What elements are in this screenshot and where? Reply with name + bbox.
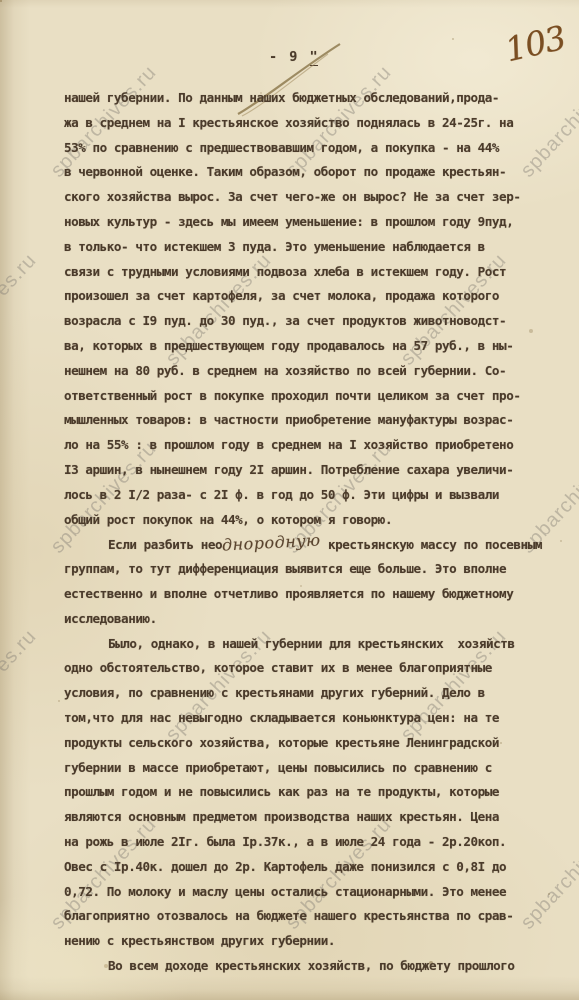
paragraph: нашей губернии. По данным наших бюджетны… xyxy=(64,86,534,532)
text-line: являются основным предметом производства… xyxy=(64,805,534,830)
typed-page-number: - 9 " xyxy=(269,49,318,65)
text-line: в только- что истекшем 3 пуда. Это умень… xyxy=(64,235,534,260)
text-line: ва, которых в предшествующем году продав… xyxy=(64,334,534,359)
text-line: прошлым годом и не повысились как раз на… xyxy=(64,780,534,805)
page-number-text: - 9 xyxy=(269,49,299,65)
text-line: возрасла с I9 пуд. до 30 пуд., за счет п… xyxy=(64,309,534,334)
text-line: Во всем доходе крестьянских хозяйств, по… xyxy=(64,954,534,979)
watermark-text: spbarchives.ru xyxy=(0,625,42,746)
text-line: ло на 55% : в прошлом году в среднем на … xyxy=(64,433,534,458)
text-line: ского хозяйства вырос. За счет чего-же о… xyxy=(64,185,534,210)
text-line: группам, то тут дифференциация выявится … xyxy=(64,557,534,582)
text-line: I3 аршин, в нынешнем году 2I аршин. Потр… xyxy=(64,458,534,483)
text-line: нашей губернии. По данным наших бюджетны… xyxy=(64,86,534,111)
text-line: исследованию. xyxy=(64,607,534,632)
text-line: Было, однако, в нашей губернии для крест… xyxy=(64,632,534,657)
paragraph: Во всем доходе крестьянских хозяйств, по… xyxy=(64,954,534,979)
text-line: том,что для нас невыгодно складывается к… xyxy=(64,706,534,731)
text-line: ответственный рост в покупке проходил по… xyxy=(64,384,534,409)
text-line: жа в среднем на I крестьянское хозяйство… xyxy=(64,111,534,136)
text-line: 53% по сравнению с предшествовавшим годо… xyxy=(64,136,534,161)
text-line: продукты сельского хозяйства, которые кр… xyxy=(64,731,534,756)
text-line: 0,72. По молоку и маслу цены остались ст… xyxy=(64,880,534,905)
paper-speckles xyxy=(0,0,2,2)
text-line: произошел за счет картофеля, за счет мол… xyxy=(64,284,534,309)
scanned-document-page: spbarchives.ruspbarchives.ruspbarchives.… xyxy=(0,0,579,1000)
text-line: в червонной оценке. Таким образом, оборо… xyxy=(64,160,534,185)
typed-text: Если разбить нео xyxy=(108,537,222,552)
paragraph: Если разбить неоднородную крестьянскую м… xyxy=(64,532,534,631)
text-line: Овес с Iр.40к. дошел до 2р. Картофель да… xyxy=(64,855,534,880)
text-line: связи с трудными условиями подвоза хлеба… xyxy=(64,260,534,285)
text-line: нению с крестьянством других губернии. xyxy=(64,929,534,954)
ditto-mark: " xyxy=(310,49,318,66)
typed-text: крестьянскую массу по посевным xyxy=(321,537,542,552)
text-line: условия, по сравнению с крестьянами друг… xyxy=(64,681,534,706)
text-line: Если разбить неоднородную крестьянскую м… xyxy=(64,532,534,557)
text-line: естественно и вполне отчетливо проявляет… xyxy=(64,582,534,607)
paragraph: Было, однако, в нашей губернии для крест… xyxy=(64,632,534,954)
text-line: благоприятно отозвалось на бюджете нашег… xyxy=(64,904,534,929)
text-line: нешнем на 80 руб. в среднем на хозяйство… xyxy=(64,359,534,384)
text-line: на рожь в июле 2Iг. была Iр.37к., а в ию… xyxy=(64,830,534,855)
watermark-text: spbarchives.ru xyxy=(0,249,42,370)
document-body: нашей губернии. По данным наших бюджетны… xyxy=(64,86,534,979)
text-line: лось в 2 I/2 раза- с 2I ф. в год до 50 ф… xyxy=(64,483,534,508)
text-line: мышленных товаров: в частности приобрете… xyxy=(64,408,534,433)
handwritten-correction: днородную xyxy=(221,529,321,559)
text-line: одно обстоятельство, которое ставит их в… xyxy=(64,656,534,681)
text-line: новых культур - здесь мы имеем уменьшени… xyxy=(64,210,534,235)
text-line: губернии в массе приобретают, цены повыс… xyxy=(64,756,534,781)
handwritten-folio-number: 103 xyxy=(501,18,568,69)
